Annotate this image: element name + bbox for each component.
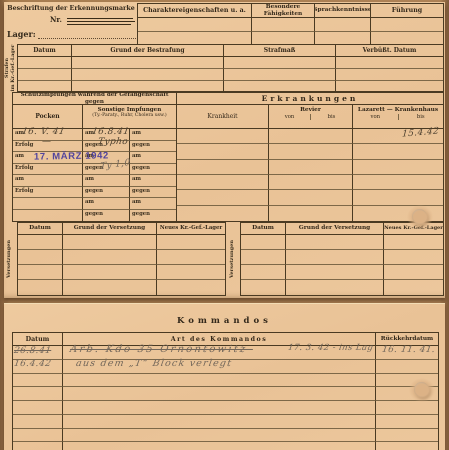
blank-cell: [177, 144, 269, 159]
sonstige-header: Sonstige Impfungen (Ty.-Paraty., Ruhr, C…: [83, 105, 176, 129]
blank-cell: [63, 429, 376, 443]
impf-cell: gegen: [130, 164, 176, 176]
blank-cell: [241, 265, 286, 280]
sonstige-header-line1: Sonstige Impfungen: [83, 105, 176, 113]
revier-header: Revier vonbis: [269, 105, 353, 129]
blank-cell: [157, 235, 225, 250]
blank-cell: [224, 57, 336, 69]
nr-label: Nr.: [50, 15, 62, 24]
blank-cell: [269, 206, 353, 221]
krankheit-header: Krankheit: [177, 105, 269, 129]
blank-cell: [252, 32, 315, 44]
blank-cell: [224, 69, 336, 81]
am-label: am: [132, 199, 141, 205]
sonstige-header-line2: (Ty.-Paraty., Ruhr, Cholera usw.): [83, 113, 176, 118]
handwriting-pocken-date: 16. V. 41: [21, 127, 65, 137]
blank-cell: [177, 160, 269, 175]
blank-cell: [376, 415, 438, 429]
erfolg-label: Erfolg: [15, 142, 33, 148]
versetzungen-side-label: Versetzungen: [6, 224, 14, 294]
strafen-table: Datum Grund der Bestrafung Strafmaß Verb…: [17, 44, 444, 92]
gegen-label: gegen: [85, 211, 103, 217]
impf-cell: gegen: [130, 187, 176, 199]
blank-cell: [18, 250, 63, 265]
impf-cell: am: [83, 175, 130, 187]
erkrankungen-title: Erkrankungen: [177, 93, 443, 105]
blank-cell: [286, 265, 384, 280]
blank-cell: [13, 374, 63, 388]
impf-cell: am: [13, 175, 83, 187]
blank-cell: [177, 129, 269, 144]
blank-cell: [353, 160, 443, 175]
strafen-side-label-line2: im Kr.-Gef.-Lager: [10, 44, 16, 92]
traits-table: Charaktereigenschaften u. a. Besondere F…: [137, 3, 444, 45]
blank-cell: [384, 250, 443, 265]
bis-label: bis: [310, 114, 352, 120]
blank-cell: [376, 429, 438, 443]
traits-col-header: Führung: [371, 4, 443, 18]
blank-cell: [371, 18, 443, 32]
blank-cell: [157, 280, 225, 295]
von-label: von: [353, 114, 398, 120]
blank-cell: [353, 190, 443, 205]
record-card-top: Beschriftung der Erkennungsmarke Nr. Lag…: [4, 2, 445, 298]
versetzungen-col-header: Datum: [18, 223, 63, 235]
erfolg-label: Erfolg: [15, 188, 33, 194]
impf-cell: am: [130, 129, 176, 141]
blank-cell: [376, 442, 438, 450]
impf-cell: am: [130, 152, 176, 164]
blank-cell: [241, 235, 286, 250]
blank-cell: [18, 69, 72, 81]
blank-cell: [177, 190, 269, 205]
blank-cell: [18, 57, 72, 69]
handwriting-kommando-datum: 26.8.41: [13, 346, 52, 356]
blank-cell: [315, 32, 371, 44]
blank-cell: [13, 210, 83, 222]
traits-col-header: Besondere Fähigkeiten: [252, 4, 315, 18]
impf-cell: gegen: [83, 187, 130, 199]
blank-line: [67, 24, 131, 25]
nr-blank-lines: [67, 18, 135, 27]
date-stamp: 17. MÄRZ 1942: [34, 150, 109, 162]
am-label: am: [85, 199, 94, 205]
revier-header-label: Revier: [269, 105, 352, 113]
blank-cell: [13, 442, 63, 450]
blank-cell: [18, 265, 63, 280]
blank-cell: [157, 250, 225, 265]
blank-cell: [371, 32, 443, 44]
strafen-side-label: Strafen im Kr.-Gef.-Lager: [4, 44, 16, 92]
blank-cell: [63, 235, 157, 250]
blank-cell: [18, 280, 63, 295]
bis-label: bis: [398, 114, 444, 120]
blank-cell: [63, 280, 157, 295]
blank-cell: [13, 415, 63, 429]
blank-cell: [376, 360, 438, 374]
impf-cell: am: [83, 198, 130, 210]
handwriting-kommando-datum: 16.4.42: [13, 359, 52, 369]
record-card-bottom: Kommandos Datum Art des Kommandos Rückke…: [4, 303, 445, 450]
blank-cell: [177, 175, 269, 190]
versetzungen-table-right: Datum Grund der Versetzung Neues Kr.-Gef…: [240, 222, 444, 296]
handwriting-kommando-art: Arb. Kdo 35 Ornontowitz-: [69, 344, 254, 355]
blank-cell: [269, 160, 353, 175]
blank-cell: [353, 175, 443, 190]
blank-cell: [241, 280, 286, 295]
blank-cell: [286, 235, 384, 250]
versetzungen-col-header: Grund der Versetzung: [63, 223, 157, 235]
pocken-header: Pocken: [13, 105, 83, 129]
lazarett-header: Lazarett — Krankenhaus vonbis: [353, 105, 443, 129]
blank-cell: [63, 387, 376, 401]
blank-cell: [269, 190, 353, 205]
strafen-col-header: Verbüßt. Datum: [336, 45, 443, 57]
blank-cell: [269, 175, 353, 190]
blank-cell: [269, 144, 353, 159]
impf-cell: gegen: [130, 210, 176, 222]
blank-cell: [177, 206, 269, 221]
blank-cell: [18, 81, 72, 91]
blank-cell: [241, 250, 286, 265]
handwriting-kommando-art: aus dem „T“ Block verlegt: [75, 358, 233, 369]
blank-cell: [13, 429, 63, 443]
lager-label: Lager:: [7, 29, 36, 39]
lager-blank-line: [38, 38, 138, 39]
am-label: am: [132, 130, 141, 136]
am-label: am: [15, 153, 24, 159]
blank-cell: [376, 401, 438, 415]
blank-cell: [63, 401, 376, 415]
blank-cell: [286, 250, 384, 265]
blank-cell: [72, 69, 224, 81]
impf-cell: Erfolg: [13, 164, 83, 176]
blank-line: [67, 21, 135, 22]
erfolg-label: Erfolg: [15, 165, 33, 171]
blank-cell: [269, 129, 353, 144]
blank-cell: [336, 81, 443, 91]
gegen-label: gegen: [132, 211, 150, 217]
blank-cell: [336, 57, 443, 69]
blank-cell: [63, 442, 376, 450]
blank-cell: [384, 235, 443, 250]
impf-cell: Erfolg: [13, 187, 83, 199]
metal-grommet: [412, 209, 427, 224]
handwriting-kommando-note: 17. 3. 42 - ins Lag: [287, 343, 374, 353]
blank-cell: [286, 280, 384, 295]
erkrankungen-table: Erkrankungen Krankheit Revier vonbis Laz…: [176, 92, 444, 222]
von-label: von: [269, 114, 310, 120]
blank-cell: [336, 69, 443, 81]
handwriting-sonstige-date: 16.8.41: [91, 127, 130, 137]
gegen-label: gegen: [132, 142, 150, 148]
blank-cell: [353, 144, 443, 159]
handwriting-erfolg-dash: —: [41, 137, 52, 147]
blank-cell: [63, 250, 157, 265]
impfungen-title: Schutzimpfungen während der Gefangenscha…: [13, 93, 176, 105]
handwriting-gegen-typho: Typho: [97, 137, 129, 147]
versetzungen-col-header: Datum: [241, 223, 286, 235]
blank-cell: [252, 18, 315, 32]
versetzungen-col-header: Neues Kr.-Gef.-Lager: [157, 223, 225, 235]
handwriting-rueckkehr-datum: 16. 11. 41.: [381, 345, 436, 355]
erkennungsmarke-title: Beschriftung der Erkennungsmarke: [6, 5, 136, 12]
blank-cell: [13, 401, 63, 415]
versetzungen-table-left: Datum Grund der Versetzung Neues Kr.-Gef…: [17, 222, 226, 296]
impf-cell: gegen: [83, 210, 130, 222]
blank-cell: [72, 81, 224, 91]
blank-cell: [18, 235, 63, 250]
strafen-col-header: Strafmaß: [224, 45, 336, 57]
am-label: am: [85, 176, 94, 182]
impf-cell: gegen: [130, 141, 176, 153]
blank-cell: [384, 265, 443, 280]
blank-cell: [63, 415, 376, 429]
blank-cell: [138, 18, 252, 32]
strafen-col-header: Grund der Bestrafung: [72, 45, 224, 57]
blank-cell: [13, 198, 83, 210]
blank-cell: [13, 387, 63, 401]
kommandos-col-header: Datum: [13, 333, 63, 346]
blank-cell: [315, 18, 371, 32]
blank-cell: [384, 280, 443, 295]
blank-cell: [157, 265, 225, 280]
blank-cell: [138, 32, 252, 44]
am-label: am: [132, 153, 141, 159]
strafen-col-header: Datum: [18, 45, 72, 57]
blank-cell: [224, 81, 336, 91]
kommandos-title: Kommandos: [4, 316, 445, 326]
traits-col-header: Sprachkenntnisse: [315, 4, 371, 18]
blank-cell: [72, 57, 224, 69]
metal-grommet: [414, 382, 429, 397]
blank-cell: [63, 374, 376, 388]
versetzungen-col-header: Grund der Versetzung: [286, 223, 384, 235]
gegen-label: gegen: [132, 188, 150, 194]
blank-line: [67, 18, 133, 19]
impf-cell: am: [130, 198, 176, 210]
am-label: am: [15, 176, 24, 182]
lazarett-header-label: Lazarett — Krankenhaus: [353, 105, 443, 113]
blank-cell: [63, 265, 157, 280]
impf-cell: am: [130, 175, 176, 187]
gegen-label: gegen: [132, 165, 150, 171]
gegen-label: gegen: [85, 188, 103, 194]
traits-col-header: Charaktereigenschaften u. a.: [138, 4, 252, 18]
am-label: am: [132, 176, 141, 182]
versetzungen-side-label: Versetzungen: [229, 224, 237, 294]
